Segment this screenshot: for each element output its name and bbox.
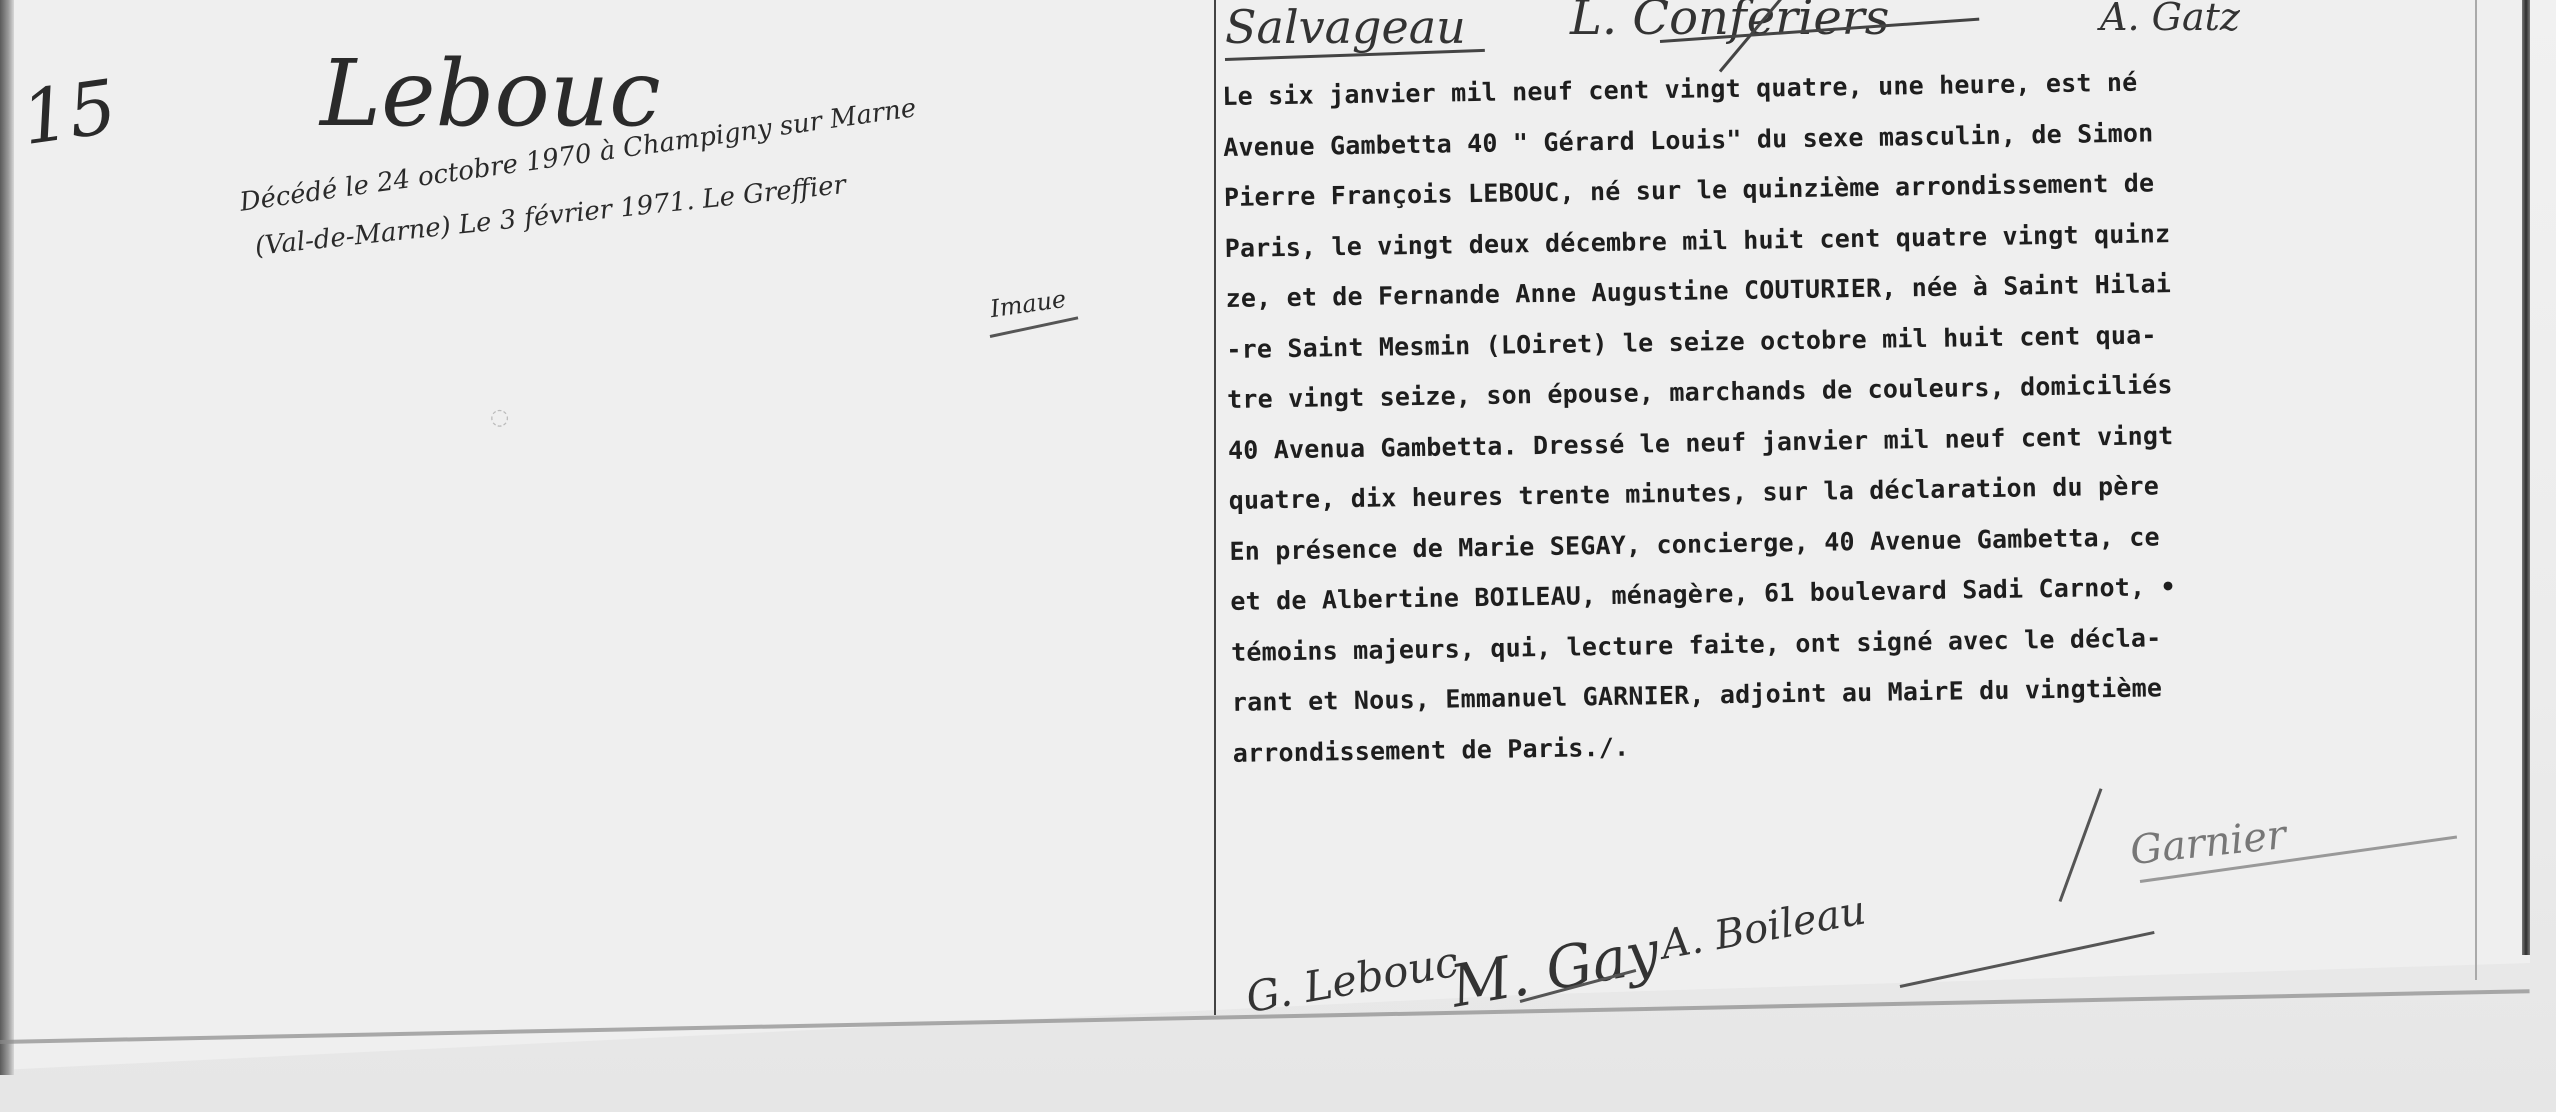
top-signature-3: A. Gatz xyxy=(2100,0,2240,39)
folio-number: 15 xyxy=(16,64,121,162)
faint-stamp-mark: ◌ xyxy=(490,405,509,430)
top-signature-1: Salvageau xyxy=(1225,0,1466,54)
top-signature-2: L. Conferiers xyxy=(1570,0,1889,46)
column-divider xyxy=(1214,0,1216,1015)
scanned-register-page: 15 Lebouc Décédé le 24 octobre 1970 à Ch… xyxy=(0,0,2556,1112)
page-right-edge xyxy=(2522,0,2530,955)
birth-act-text: Le six janvier mil neuf cent vingt quatr… xyxy=(1222,52,2483,779)
page-left-edge xyxy=(0,0,14,1075)
margin-surname: Lebouc xyxy=(320,40,661,147)
